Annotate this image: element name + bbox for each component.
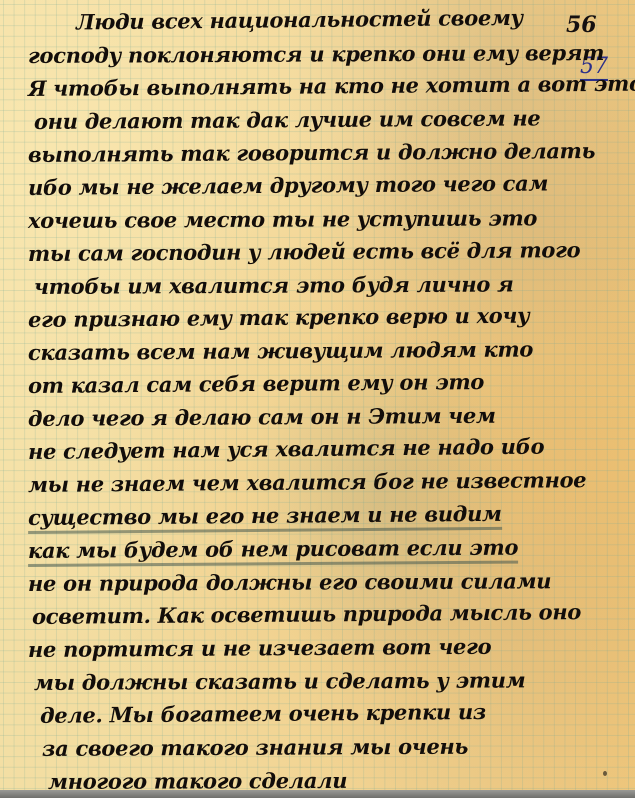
text-line: ты сам господин у людей есть всё для тог… — [26, 233, 586, 270]
text-line: не он природа должны его своими силами — [26, 564, 586, 600]
text-line-content: чтобы им хвалится это будя лично я — [34, 271, 514, 299]
text-line: от казал сам себя верит ему он это — [26, 364, 586, 402]
text-line: мы должны сказать и сделать у этим — [26, 663, 586, 699]
text-line: мы не знаем чем хвалится бог не известно… — [26, 463, 586, 501]
text-line: выполнять так говорится и должно делать — [26, 134, 586, 171]
text-line: существо мы его не знаем и не видим — [26, 496, 586, 534]
text-line: как мы будем об нем рисоват если это — [26, 530, 586, 567]
scan-bottom-edge — [0, 790, 635, 798]
text-line: сказать всем нам живущим людям кто — [26, 332, 586, 369]
text-line: Я чтобы выполнять на кто не хотит а вот … — [26, 67, 586, 105]
text-line: господу поклоняются и крепко они ему вер… — [26, 36, 586, 72]
text-line: они делают так дак лучше им совсем не — [26, 101, 586, 138]
underlined-text: как мы будем об нем рисоват если это — [28, 535, 518, 567]
handwritten-text-block: Люди всех национальностей своему господу… — [26, 6, 586, 790]
text-line: деле. Мы богатеем очень крепки из — [26, 694, 586, 732]
text-line: многого такого сделали — [26, 763, 586, 790]
text-line: чтобы им хвалится это будя лично я — [26, 267, 586, 303]
text-line: хочешь свое место ты не уступишь это — [26, 201, 586, 237]
text-line: его признаю ему так крепко верю и хочу — [26, 298, 586, 336]
text-line: осветит. Как осветишь природа мысль оно — [26, 595, 586, 633]
text-line: не портится и не изчезает вот чего — [26, 629, 586, 666]
text-line: ибо мы не желаем другому того чего сам — [26, 166, 586, 204]
underlined-text: существо мы его не знаем и не видим — [28, 501, 502, 534]
text-line: за своего такого знания мы очень — [26, 729, 586, 765]
text-line: Люди всех национальностей своему — [26, 0, 586, 39]
text-line: не следует нам уся хвалится не надо ибо — [26, 429, 586, 468]
notebook-page: 56 57 Люди всех национальностей своему г… — [0, 0, 635, 790]
paper-speck — [603, 771, 607, 776]
